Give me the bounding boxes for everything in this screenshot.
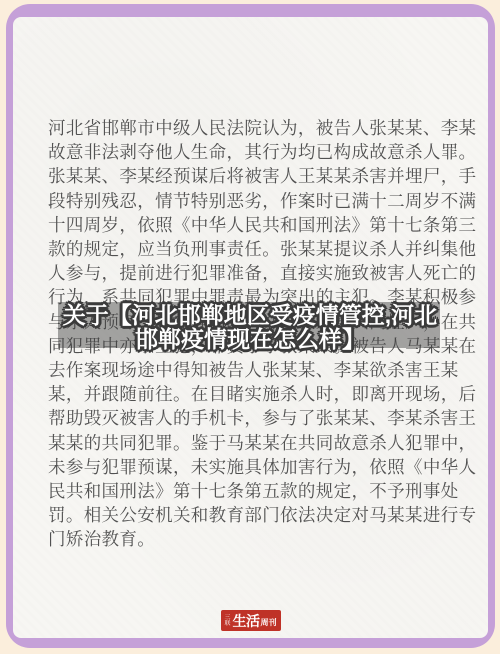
article-line: 张某某、李某经预谋后将被害人王某某杀害并埋尸，手 bbox=[48, 164, 480, 188]
article-line: 十四周岁，依照《中华人民共和国刑法》第十七条第三 bbox=[48, 213, 480, 237]
article-line: 段特别残忍，情节特别恶劣，作案时已满十二周岁不满 bbox=[48, 189, 480, 213]
article-image: 河北省邯郸市中级人民法院认为，被告人张某某、李某故意非法剥夺他人生命，其行为均已… bbox=[0, 0, 500, 654]
logo-prefix-text: 三联 bbox=[225, 615, 232, 627]
article-line: 故意非法剥夺他人生命，其行为均已构成故意杀人罪。 bbox=[48, 140, 480, 164]
article-line: 帮助毁灭被害人的手机卡，参与了张某某、李某杀害王 bbox=[48, 406, 480, 430]
article-line: 某某的共同犯罪。鉴于马某某在共同故意杀人犯罪中， bbox=[48, 431, 480, 455]
article-line: 人参与，提前进行犯罪准备，直接实施致被害人死亡的 bbox=[48, 261, 480, 285]
article-line: 民共和国刑法》第十七条第五款的规定，不予刑事处 bbox=[48, 479, 480, 503]
logo-suffix-text: 周刊 bbox=[261, 619, 277, 629]
article-line: 款的规定，应当负刑事责任。张某某提议杀人并纠集他 bbox=[48, 237, 480, 261]
title-line: 关于【河北邯郸地区受疫情管控,河北 bbox=[30, 304, 470, 328]
article-line: 河北省邯郸市中级人民法院认为，被告人张某某、李某 bbox=[48, 116, 480, 140]
article-line: 门矫治教育。 bbox=[48, 527, 480, 551]
logo-main-text: 生活 bbox=[233, 614, 260, 628]
article-line: 罚。相关公安机关和教育部门依法决定对马某某进行专 bbox=[48, 503, 480, 527]
lifeweek-logo: 三联 生活 周刊 bbox=[221, 610, 281, 631]
article-line: 去作案现场途中得知被告人张某某、李某欲杀害王某 bbox=[48, 358, 480, 382]
paper-panel: 河北省邯郸市中级人民法院认为，被告人张某某、李某故意非法剥夺他人生命，其行为均已… bbox=[13, 17, 488, 638]
article-line: 某，并跟随前往。在目睹实施杀人时，即离开现场，后 bbox=[48, 382, 480, 406]
title-line: 邯郸疫情现在怎么样】 bbox=[30, 328, 470, 352]
article-line: 未参与犯罪预谋，未实施具体加害行为，依照《中华人 bbox=[48, 455, 480, 479]
page-title: 关于【河北邯郸地区受疫情管控,河北邯郸疫情现在怎么样】 bbox=[30, 304, 470, 351]
